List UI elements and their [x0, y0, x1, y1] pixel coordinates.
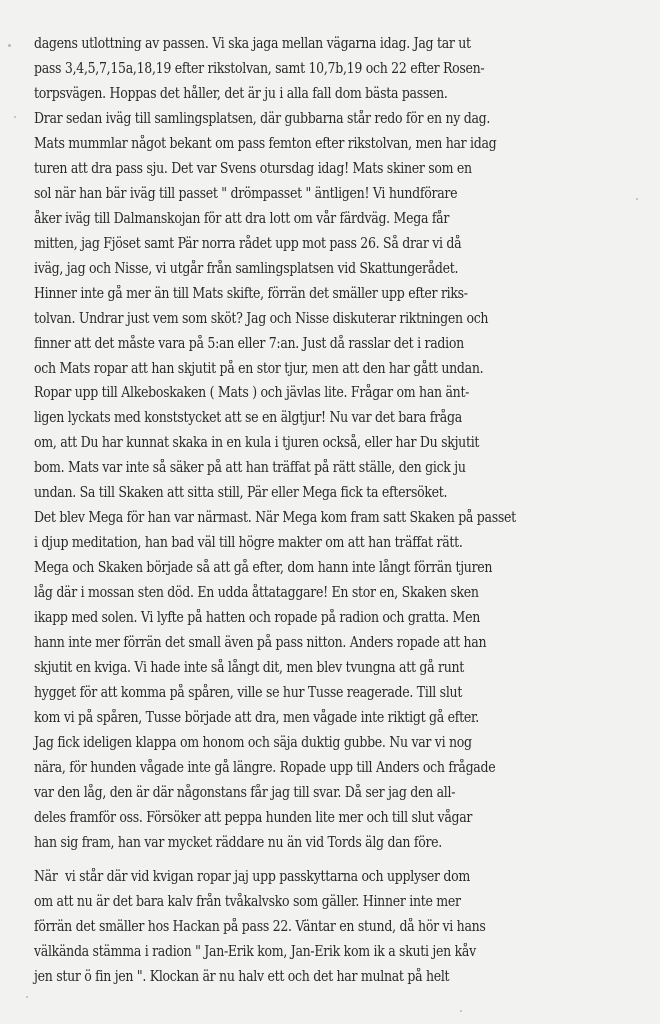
text-line: Det blev Mega för han var närmast. När M… — [34, 505, 584, 530]
text-line: nära, för hunden vågade inte gå längre. … — [34, 755, 584, 780]
text-line: han sig fram, han var mycket räddare nu … — [34, 830, 584, 855]
text-line: hann inte mer förrän det small även på p… — [34, 630, 584, 655]
text-line: Ropar upp till Alkeboskaken ( Mats ) och… — [34, 380, 584, 405]
text-line: åker iväg till Dalmanskojan för att dra … — [34, 206, 584, 231]
text-line: ikapp med solen. Vi lyfte på hatten och … — [34, 605, 584, 630]
text-line: undan. Sa till Skaken att sitta still, P… — [34, 480, 584, 505]
text-line: torpsvägen. Hoppas det håller, det är ju… — [34, 81, 584, 106]
text-line: hygget för att komma på spåren, ville se… — [34, 680, 584, 705]
text-line: förrän det smäller hos Hackan på pass 22… — [34, 914, 584, 939]
text-line: om, att Du har kunnat skaka in en kula i… — [34, 430, 584, 455]
text-line: sol när han bär iväg till passet " drömp… — [34, 181, 584, 206]
text-line: om att nu är det bara kalv från tvåkalvs… — [34, 889, 584, 914]
text-line: Mats mummlar något bekant om pass femton… — [34, 131, 584, 156]
text-line: skjutit en kviga. Vi hade inte så långt … — [34, 655, 584, 680]
text-line: pass 3,4,5,7,15a,18,19 efter rikstolvan,… — [34, 56, 584, 81]
text-line: turen att dra pass sju. Det var Svens ot… — [34, 156, 584, 181]
text-line: var den låg, den är där någonstans får j… — [34, 780, 584, 805]
paper-speck — [460, 1010, 462, 1012]
paragraph-2: Ropar upp till Alkeboskaken ( Mats ) och… — [34, 380, 660, 855]
text-line: mitten, jag Fjöset samt Pär norra rådet … — [34, 231, 584, 256]
text-line: tolvan. Undrar just vem som sköt? Jag oc… — [34, 306, 584, 331]
text-line: När vi står där vid kvigan ropar jaj upp… — [34, 864, 584, 889]
text-line: ligen lyckats med konststycket att se en… — [34, 405, 584, 430]
text-line: kom vi på spåren, Tusse började att dra,… — [34, 705, 584, 730]
typewritten-page: dagens utlottning av passen. Vi ska jaga… — [0, 0, 660, 1024]
paper-speck — [14, 116, 16, 118]
paper-speck — [8, 44, 11, 47]
paper-speck — [26, 996, 28, 998]
text-line: dagens utlottning av passen. Vi ska jaga… — [34, 31, 584, 56]
text-line: välkända stämma i radion " Jan-Erik kom,… — [34, 939, 584, 964]
text-line: jen stur ö fin jen ". Klockan är nu halv… — [34, 964, 584, 989]
text-line: iväg, jag och Nisse, vi utgår från samli… — [34, 256, 584, 281]
text-line: låg där i mossan sten död. En udda åttat… — [34, 580, 584, 605]
text-line: Jag fick ideligen klappa om honom och sä… — [34, 730, 584, 755]
text-line: Drar sedan iväg till samlingsplatsen, dä… — [34, 106, 584, 131]
paragraph-1: dagens utlottning av passen. Vi ska jaga… — [34, 31, 660, 381]
text-line: och Mats ropar att han skjutit på en sto… — [34, 356, 584, 381]
paragraph-3: När vi står där vid kvigan ropar jaj upp… — [34, 864, 660, 989]
text-line: i djup meditation, han bad väl till högr… — [34, 530, 584, 555]
text-line: bom. Mats var inte så säker på att han t… — [34, 455, 584, 480]
text-line: finner att det måste vara på 5:an eller … — [34, 331, 584, 356]
text-line: deles framför oss. Försöker att peppa hu… — [34, 805, 584, 830]
text-line: Hinner inte gå mer än till Mats skifte, … — [34, 281, 584, 306]
text-line: Mega och Skaken började så att gå efter,… — [34, 555, 584, 580]
